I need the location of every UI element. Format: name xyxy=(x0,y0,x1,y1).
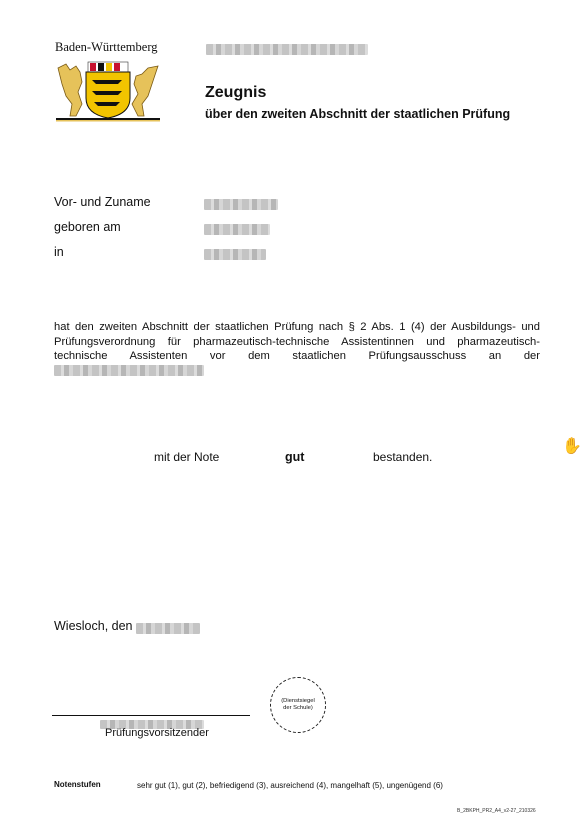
document-subtitle: über den zweiten Abschnitt der staatlich… xyxy=(205,107,510,121)
school-name-redacted-inline xyxy=(54,365,204,376)
date-redacted xyxy=(136,620,200,638)
school-name-redacted xyxy=(206,41,368,59)
grade-suffix: bestanden. xyxy=(373,450,432,464)
name-label: Vor- und Zuname xyxy=(54,195,151,209)
hand-cursor-icon: ✋ xyxy=(562,436,580,456)
coat-of-arms-icon xyxy=(52,58,164,122)
exam-statement: hat den zweiten Abschnitt der staatliche… xyxy=(54,320,540,378)
document-title: Zeugnis xyxy=(205,84,266,102)
birth-value-redacted xyxy=(204,221,270,239)
grade-prefix: mit der Note xyxy=(154,450,219,464)
signature-role: Prüfungsvorsitzender xyxy=(105,727,209,739)
exam-statement-text: hat den zweiten Abschnitt der staatliche… xyxy=(54,321,540,362)
grade-value: gut xyxy=(285,450,304,464)
place-value-redacted xyxy=(204,246,266,264)
grading-scale-label: Notenstufen xyxy=(54,780,101,789)
seal-text: (Dienstsiegel der Schule) xyxy=(278,698,318,712)
grading-scale-text: sehr gut (1), gut (2), befriedigend (3),… xyxy=(137,781,443,790)
name-value-redacted xyxy=(204,196,278,214)
birth-label: geboren am xyxy=(54,220,121,234)
place-date-label: Wiesloch, den xyxy=(54,619,133,633)
form-code: B_2BKPH_PR2_A4_v2-27_210326 xyxy=(457,808,536,814)
official-seal: (Dienstsiegel der Schule) xyxy=(270,677,326,733)
place-label: in xyxy=(54,245,64,259)
state-name: Baden-Württemberg xyxy=(55,40,158,55)
